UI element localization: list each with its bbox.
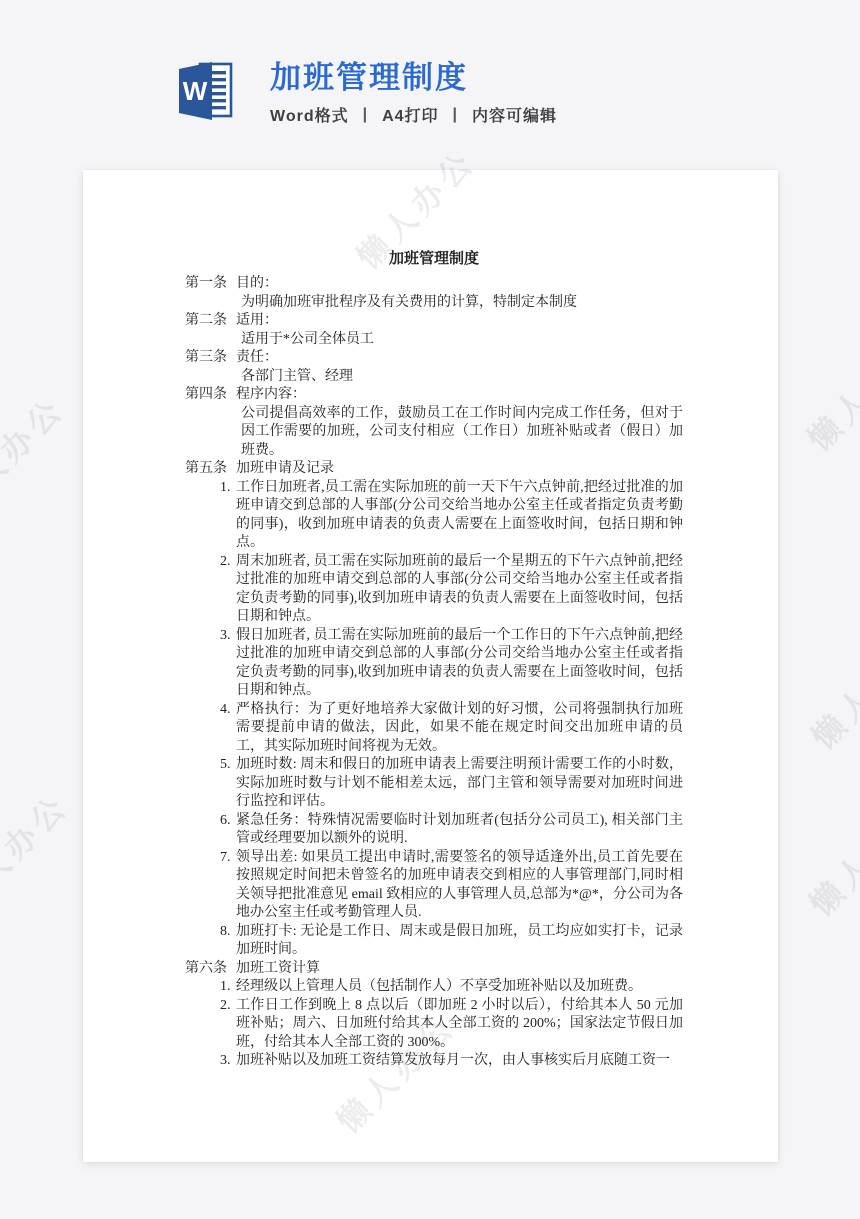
- list-item: 周末加班者, 员工需在实际加班前的最后一个星期五的下午六点钟前,把经过批准的加班…: [234, 553, 683, 627]
- list-item: 加班打卡: 无论是工作日、周末或是假日加班，员工均应如实打卡，记录加班时间。: [234, 923, 683, 960]
- watermark: 懒人办公: [800, 618, 860, 758]
- subtitle-format: Word格式: [270, 103, 349, 126]
- section-responsibility: 第三条 责任： 各部门主管、经理: [185, 349, 683, 386]
- document-title: 加班管理制度: [185, 250, 683, 269]
- section-paragraph: 适用于*公司全体员工: [241, 331, 683, 350]
- section-label: 第四条: [185, 386, 227, 405]
- page-subtitle: Word格式 | A4打印 | 内容可编辑: [270, 103, 557, 126]
- list-item: 加班时数: 周末和假日的加班申请表上需要注明预计需要工作的小时数，实际加班时数与…: [234, 756, 683, 812]
- list-item: 加班补贴以及加班工资结算发放每月一次，由人事核实后月底随工资一: [234, 1052, 683, 1071]
- watermark: 懒人办公: [0, 782, 78, 922]
- section-paragraph: 各部门主管、经理: [241, 368, 683, 387]
- section-paragraph: 公司提倡高效率的工作，鼓励员工在工作时间内完成工作任务，但对于因工作需要的加班，…: [241, 405, 683, 461]
- section-heading: 加班申请及记录: [236, 460, 334, 479]
- section-heading: 加班工资计算: [236, 960, 320, 979]
- watermark: 懒人办公: [798, 785, 860, 925]
- section-label: 第二条: [185, 312, 227, 331]
- list-item: 假日加班者, 员工需在实际加班前的最后一个工作日的下午六点钟前,把经过批准的加班…: [234, 627, 683, 701]
- svg-text:W: W: [183, 76, 208, 106]
- section-label: 第五条: [185, 460, 227, 479]
- numbered-list: 经理级以上管理人员（包括制作人）不享受加班补贴以及加班费。 工作日工作到晚上 8…: [185, 978, 683, 1071]
- preview-header: W 加班管理制度 Word格式 | A4打印 | 内容可编辑: [0, 0, 860, 170]
- page-title: 加班管理制度: [270, 52, 468, 97]
- list-item: 严格执行：为了更好地培养大家做计划的好习惯，公司将强制执行加班需要提前申请的做法…: [234, 701, 683, 757]
- list-item: 紧急任务：特殊情况需要临时计划加班者(包括分公司员工), 相关部门主管或经理要加…: [234, 812, 683, 849]
- section-label: 第六条: [185, 960, 227, 979]
- watermark: 懒人办公: [0, 385, 74, 525]
- document-page: 加班管理制度 第一条 目的： 为明确加班审批程序及有关费用的计算，特制定本制度 …: [83, 170, 778, 1162]
- section-heading: 程序内容：: [236, 386, 306, 405]
- section-label: 第一条: [185, 275, 227, 294]
- list-item: 领导出差: 如果员工提出申请时,需要签名的领导适逢外出,员工首先要在按照规定时间…: [234, 849, 683, 923]
- subtitle-separator: |: [453, 106, 458, 124]
- subtitle-editable: 内容可编辑: [472, 103, 557, 126]
- document-content: 加班管理制度 第一条 目的： 为明确加班审批程序及有关费用的计算，特制定本制度 …: [185, 250, 683, 1071]
- section-procedure: 第四条 程序内容： 公司提倡高效率的工作，鼓励员工在工作时间内完成工作任务，但对…: [185, 386, 683, 460]
- subtitle-separator: |: [363, 106, 368, 124]
- numbered-list: 工作日加班者,员工需在实际加班的前一天下午六点钟前,把经过批准的加班申请交到总部…: [185, 479, 683, 960]
- section-heading: 责任：: [236, 349, 278, 368]
- list-item: 工作日加班者,员工需在实际加班的前一天下午六点钟前,把经过批准的加班申请交到总部…: [234, 479, 683, 553]
- section-paragraph: 为明确加班审批程序及有关费用的计算，特制定本制度: [241, 294, 683, 313]
- section-label: 第三条: [185, 349, 227, 368]
- watermark: 懒人办公: [796, 320, 860, 460]
- section-application-record: 第五条 加班申请及记录 工作日加班者,员工需在实际加班的前一天下午六点钟前,把经…: [185, 460, 683, 960]
- section-purpose: 第一条 目的： 为明确加班审批程序及有关费用的计算，特制定本制度: [185, 275, 683, 312]
- list-item: 工作日工作到晚上 8 点以后（即加班 2 小时以后），付给其本人 50 元加班补…: [234, 997, 683, 1053]
- section-heading: 适用：: [236, 312, 278, 331]
- section-pay-calculation: 第六条 加班工资计算 经理级以上管理人员（包括制作人）不享受加班补贴以及加班费。…: [185, 960, 683, 1071]
- word-file-icon: W: [174, 57, 236, 125]
- list-item: 经理级以上管理人员（包括制作人）不享受加班补贴以及加班费。: [234, 978, 683, 997]
- subtitle-print: A4打印: [382, 103, 438, 126]
- section-scope: 第二条 适用： 适用于*公司全体员工: [185, 312, 683, 349]
- section-heading: 目的：: [236, 275, 278, 294]
